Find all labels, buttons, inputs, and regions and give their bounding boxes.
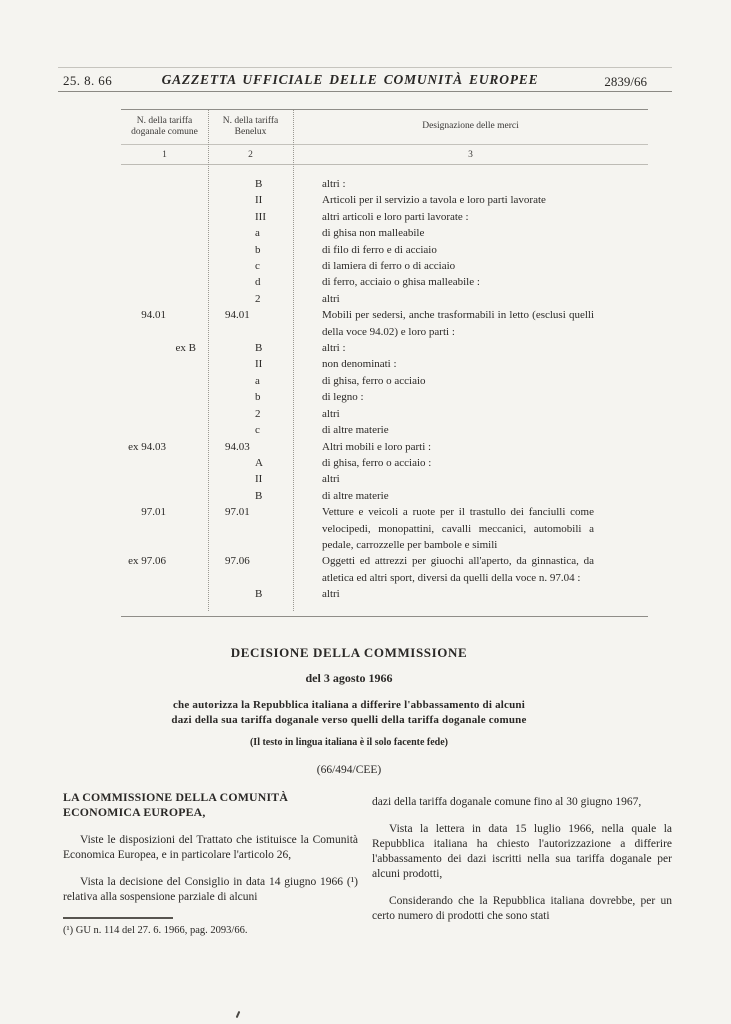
table-header-row: N. della tariffa doganale comune N. dell… [121, 110, 648, 145]
decision-subject-line: che autorizza la Repubblica italiana a d… [0, 698, 698, 713]
tariff-code-benelux-cell: 2 [208, 406, 293, 422]
goods-designation-cell: altri [293, 291, 594, 307]
goods-designation-cell: altri : [293, 340, 594, 356]
tariff-code-common-cell [121, 209, 208, 225]
decision-date: del 3 agosto 1966 [0, 671, 698, 686]
decision-subject: che autorizza la Repubblica italiana a d… [0, 698, 698, 728]
goods-designation-cell: altri [293, 406, 594, 422]
table-row: III altri articoli e loro parti lavorate… [121, 209, 648, 225]
column-number-1: 1 [121, 150, 208, 160]
tariff-code-common-cell: ex B [121, 340, 208, 356]
table-row: A di ghisa, ferro o acciaio : [121, 455, 648, 471]
table-body: B altri : II Articoli per il servizio a … [121, 165, 648, 603]
right-paragraphs: dazi della tariffa doganale comune fino … [372, 795, 672, 924]
table-row: ex 97.06 97.06 Oggetti ed attrezzi per g… [121, 553, 648, 586]
goods-designation-cell: altri [293, 471, 594, 487]
body-paragraph: Viste le disposizioni del Trattato che i… [63, 833, 358, 863]
tariff-code-common-cell [121, 258, 208, 274]
tariff-code-benelux-cell: B [208, 586, 293, 602]
decision-subject-line: dazi della sua tariffa doganale verso qu… [0, 713, 698, 728]
column-number-2: 2 [208, 150, 293, 160]
table-row: b di filo di ferro e di acciaio [121, 242, 648, 258]
column-header-designation: Designazione delle merci [293, 110, 648, 144]
table-row: B altri : [121, 176, 648, 192]
table-row: 2 altri [121, 406, 648, 422]
tariff-code-common-cell: 94.01 [121, 307, 208, 340]
table-row: II Articoli per il servizio a tavola e l… [121, 192, 648, 208]
tariff-code-benelux-cell: a [208, 225, 293, 241]
goods-designation-cell: di ghisa non malleabile [293, 225, 594, 241]
tariff-code-benelux-cell: B [208, 176, 293, 192]
decision-reference: (66/494/CEE) [0, 764, 698, 776]
body-paragraph: Considerando che la Repubblica italiana … [372, 894, 672, 924]
scan-artifact-mark [236, 1011, 241, 1018]
document-page: 25. 8. 66 GAZZETTA UFFICIALE DELLE COMUN… [0, 0, 731, 1024]
tariff-code-benelux-cell: II [208, 471, 293, 487]
tariff-code-common-cell [121, 389, 208, 405]
tariff-code-benelux-cell: B [208, 340, 293, 356]
footnote-text: (¹) GU n. 114 del 27. 6. 1966, pag. 2093… [63, 924, 358, 937]
goods-designation-cell: di altre materie [293, 422, 594, 438]
header-rule-bottom [58, 91, 672, 92]
column-number-row: 1 2 3 [121, 145, 648, 165]
tariff-code-benelux-cell: 94.01 [208, 307, 293, 340]
tariff-code-common-cell [121, 455, 208, 471]
table-row: 94.01 94.01 Mobili per sedersi, anche tr… [121, 307, 648, 340]
tariff-code-benelux-cell: c [208, 422, 293, 438]
tariff-code-benelux-cell: 94.03 [208, 439, 293, 455]
left-column: LA COMMISSIONE DELLA COMUNITÀ ECONOMICA … [63, 790, 358, 937]
tariff-code-common-cell [121, 406, 208, 422]
tariff-code-benelux-cell: B [208, 488, 293, 504]
goods-designation-cell: di lamiera di ferro o di acciaio [293, 258, 594, 274]
goods-designation-cell: di altre materie [293, 488, 594, 504]
tariff-code-benelux-cell: c [208, 258, 293, 274]
body-paragraph: Vista la decisione del Consiglio in data… [63, 875, 358, 905]
goods-designation-cell: di ghisa, ferro o acciaio [293, 373, 594, 389]
tariff-code-benelux-cell: a [208, 373, 293, 389]
tariff-code-common-cell: ex 94.03 [121, 439, 208, 455]
commission-heading: LA COMMISSIONE DELLA COMUNITÀ ECONOMICA … [63, 790, 358, 820]
goods-designation-cell: Oggetti ed attrezzi per giuochi all'aper… [293, 553, 594, 586]
decision-title: DECISIONE DELLA COMMISSIONE [0, 645, 698, 661]
table-row: B altri [121, 586, 648, 602]
table-row: c di altre materie [121, 422, 648, 438]
table-row: ex B B altri : [121, 340, 648, 356]
goods-designation-cell: Vetture e veicoli a ruote per il trastul… [293, 504, 594, 553]
tariff-code-benelux-cell: II [208, 192, 293, 208]
tariff-code-common-cell [121, 176, 208, 192]
table-row: a di ghisa non malleabile [121, 225, 648, 241]
tariff-code-common-cell: ex 97.06 [121, 553, 208, 586]
body-paragraph: dazi della tariffa doganale comune fino … [372, 795, 672, 810]
tariff-code-common-cell: 97.01 [121, 504, 208, 553]
journal-title: GAZZETTA UFFICIALE DELLE COMUNITÀ EUROPE… [0, 72, 700, 88]
tariff-code-benelux-cell: III [208, 209, 293, 225]
tariff-code-common-cell [121, 192, 208, 208]
column-divider-2 [293, 110, 294, 611]
table-row: c di lamiera di ferro o di acciaio [121, 258, 648, 274]
tariff-code-common-cell [121, 225, 208, 241]
tariff-code-benelux-cell: b [208, 389, 293, 405]
table-row: 97.01 97.01 Vetture e veicoli a ruote pe… [121, 504, 648, 553]
tariff-code-common-cell [121, 274, 208, 290]
table-row: a di ghisa, ferro o acciaio [121, 373, 648, 389]
goods-designation-cell: di legno : [293, 389, 594, 405]
header-rule-top [58, 67, 672, 68]
tariff-table: N. della tariffa doganale comune N. dell… [121, 109, 648, 617]
tariff-code-benelux-cell: 97.01 [208, 504, 293, 553]
column-divider-1 [208, 110, 209, 611]
table-row: II altri [121, 471, 648, 487]
tariff-code-common-cell [121, 488, 208, 504]
tariff-code-benelux-cell: d [208, 274, 293, 290]
tariff-code-common-cell [121, 356, 208, 372]
goods-designation-cell: altri articoli e loro parti lavorate : [293, 209, 594, 225]
tariff-code-benelux-cell: A [208, 455, 293, 471]
tariff-code-common-cell [121, 586, 208, 602]
page-number: 2839/66 [604, 74, 647, 90]
body-columns: LA COMMISSIONE DELLA COMUNITÀ ECONOMICA … [63, 790, 672, 937]
table-row: B di altre materie [121, 488, 648, 504]
goods-designation-cell: di filo di ferro e di acciaio [293, 242, 594, 258]
tariff-code-benelux-cell: 97.06 [208, 553, 293, 586]
tariff-code-common-cell [121, 471, 208, 487]
table-row: b di legno : [121, 389, 648, 405]
goods-designation-cell: Altri mobili e loro parti : [293, 439, 594, 455]
goods-designation-cell: Articoli per il servizio a tavola e loro… [293, 192, 594, 208]
tariff-code-common-cell [121, 291, 208, 307]
goods-designation-cell: Mobili per sedersi, anche trasformabili … [293, 307, 594, 340]
tariff-code-common-cell [121, 422, 208, 438]
goods-designation-cell: non denominati : [293, 356, 594, 372]
column-header-common-tariff: N. della tariffa doganale comune [121, 110, 208, 144]
table-row: 2 altri [121, 291, 648, 307]
column-header-benelux-tariff: N. della tariffa Benelux [208, 110, 293, 144]
goods-designation-cell: altri [293, 586, 594, 602]
goods-designation-cell: di ghisa, ferro o acciaio : [293, 455, 594, 471]
body-paragraph: Vista la lettera in data 15 luglio 1966,… [372, 822, 672, 882]
tariff-code-benelux-cell: 2 [208, 291, 293, 307]
right-column: dazi della tariffa doganale comune fino … [372, 790, 672, 937]
footnote-rule [63, 917, 173, 919]
table-row: d di ferro, acciaio o ghisa malleabile : [121, 274, 648, 290]
tariff-code-benelux-cell: b [208, 242, 293, 258]
tariff-code-common-cell [121, 242, 208, 258]
decision-heading: DECISIONE DELLA COMMISSIONE del 3 agosto… [0, 645, 698, 776]
goods-designation-cell: di ferro, acciaio o ghisa malleabile : [293, 274, 594, 290]
table-row: ex 94.03 94.03 Altri mobili e loro parti… [121, 439, 648, 455]
authenticity-note: (Il testo in lingua italiana è il solo f… [0, 737, 698, 748]
column-number-3: 3 [293, 150, 648, 160]
left-paragraphs: Viste le disposizioni del Trattato che i… [63, 833, 358, 905]
table-row: II non denominati : [121, 356, 648, 372]
footnote: (¹) GU n. 114 del 27. 6. 1966, pag. 2093… [63, 917, 358, 937]
tariff-code-benelux-cell: II [208, 356, 293, 372]
tariff-code-common-cell [121, 373, 208, 389]
goods-designation-cell: altri : [293, 176, 594, 192]
